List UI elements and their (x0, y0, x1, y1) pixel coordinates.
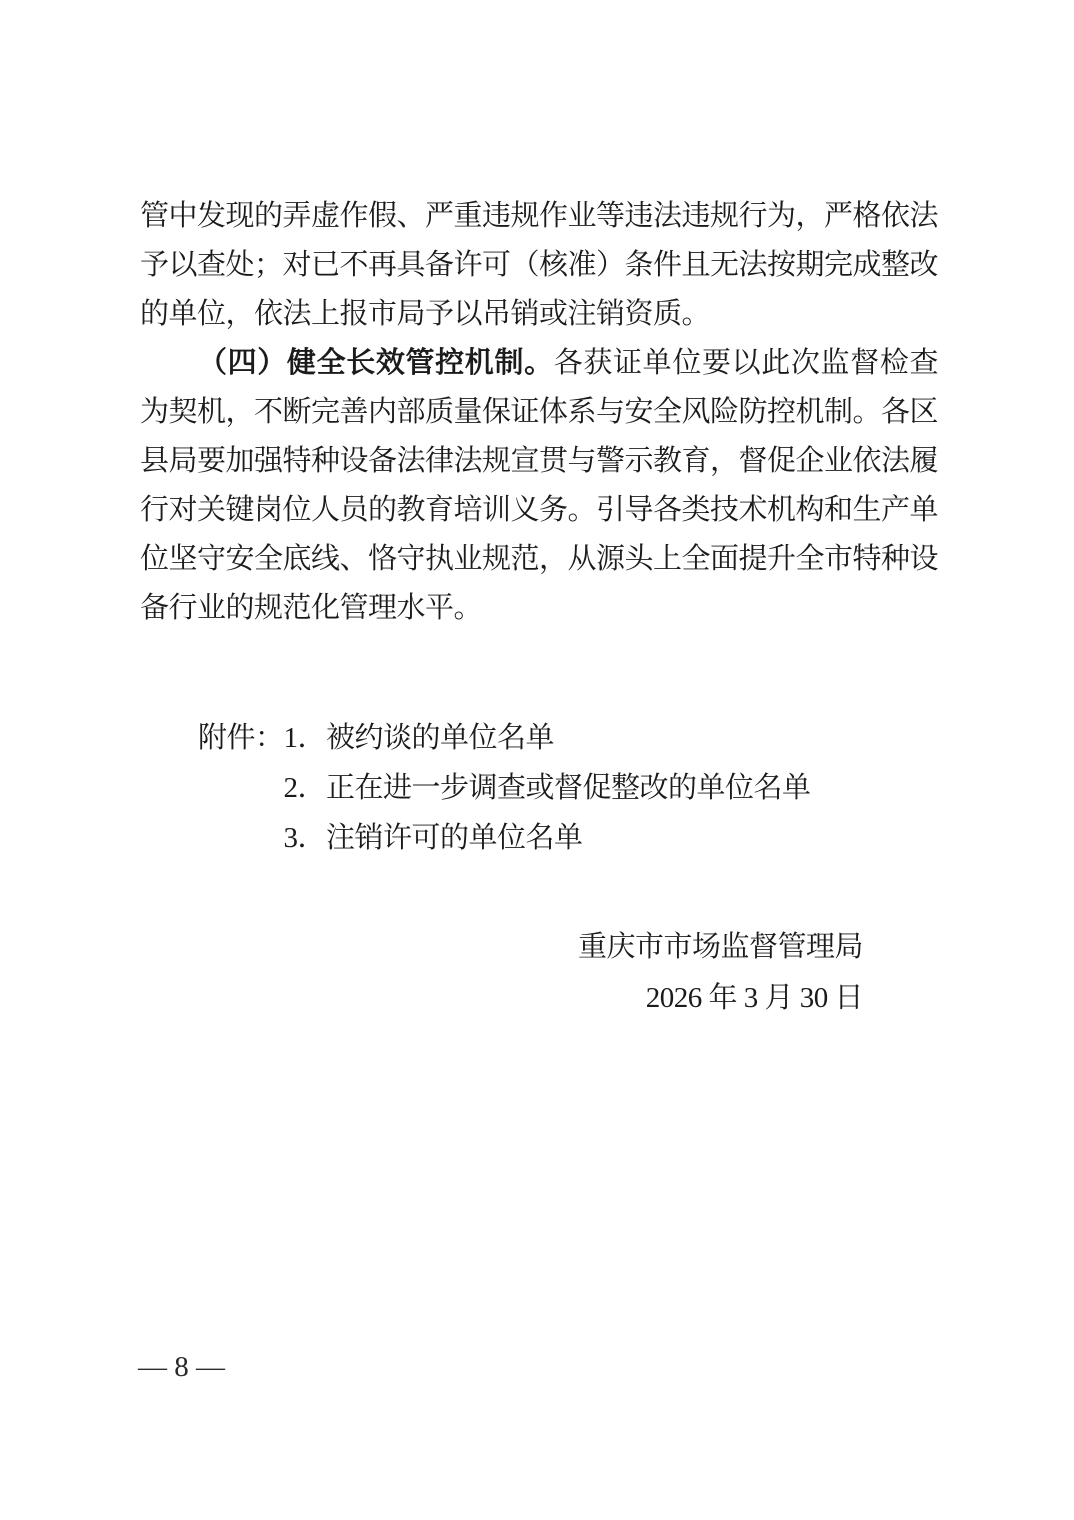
page-number: — 8 — (138, 1343, 225, 1392)
attachments-label: 附件： (198, 713, 284, 763)
attachments-list: 1．被约谈的单位名单 2．正在进一步调查或督促整改的单位名单 3．注销许可的单位… (284, 713, 811, 863)
attachment-item-2: 2．正在进一步调查或督促整改的单位名单 (284, 763, 811, 813)
document-body: 管中发现的弄虚作假、严重违规作业等违法违规行为，严格依法予以查处；对已不再具备许… (140, 192, 938, 1024)
signature-block: 重庆市市场监督管理局 2026 年 3 月 30 日 (140, 923, 938, 1024)
signature-date: 2026 年 3 月 30 日 (646, 972, 863, 1024)
attachments-block: 附件： 1．被约谈的单位名单 2．正在进一步调查或督促整改的单位名单 3．注销许… (140, 713, 938, 863)
attachment-item-1: 1．被约谈的单位名单 (284, 713, 811, 763)
attachment-item-3: 3．注销许可的单位名单 (284, 813, 811, 863)
signature-organization: 重庆市市场监督管理局 (578, 923, 863, 972)
body-paragraph-continuation: 管中发现的弄虚作假、严重违规作业等违法违规行为，严格依法予以查处；对已不再具备许… (140, 192, 938, 339)
document-page: 管中发现的弄虚作假、严重违规作业等违法违规行为，严格依法予以查处；对已不再具备许… (0, 0, 1074, 1520)
section-body-text: 各获证单位要以此次监督检查为契机，不断完善内部质量保证体系与安全风险防控机制。各… (140, 347, 938, 624)
section-heading: （四）健全长效管控机制。 (198, 347, 554, 379)
body-paragraph-section-4: （四）健全长效管控机制。各获证单位要以此次监督检查为契机，不断完善内部质量保证体… (140, 339, 938, 633)
